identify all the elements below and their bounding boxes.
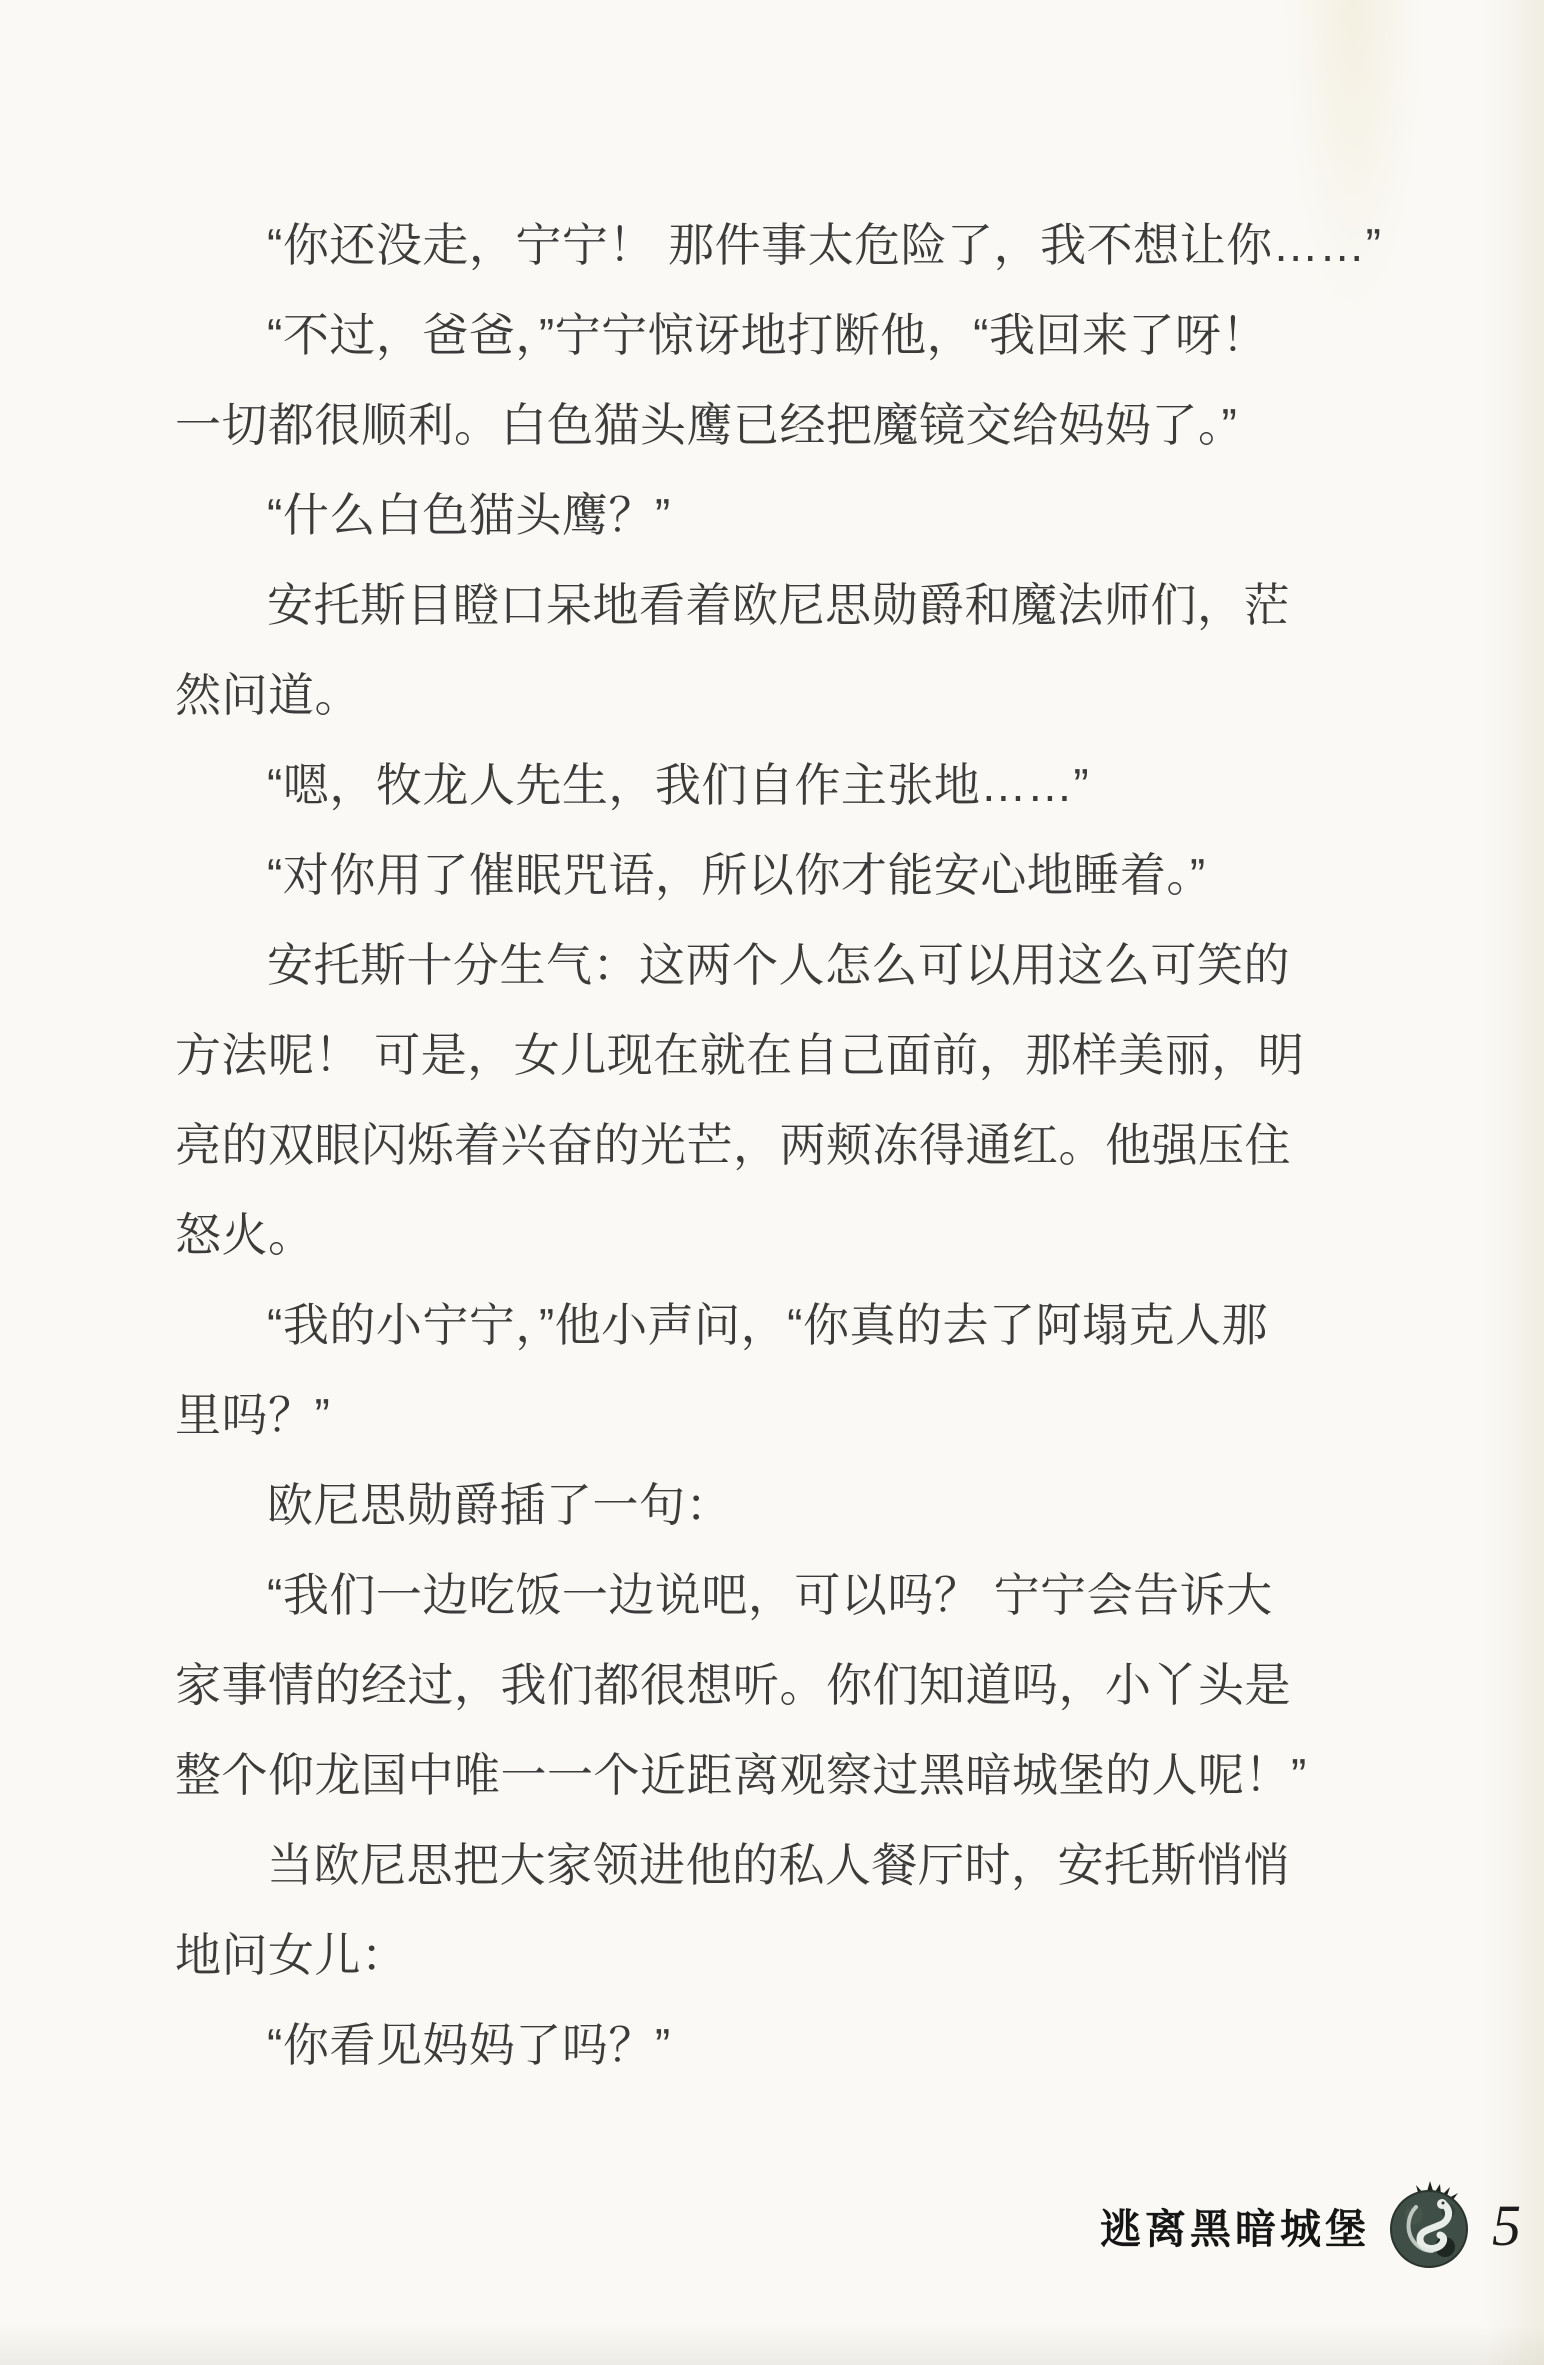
text-line: 地问女儿：: [175, 1910, 1453, 2000]
text-line: 里吗？”: [175, 1370, 1453, 1460]
page-number: 5: [1488, 2192, 1521, 2259]
dragon-emblem-icon: [1388, 2181, 1470, 2269]
text-line: 怒火。: [175, 1190, 1453, 1280]
text-line: 安托斯目瞪口呆地看着欧尼思勋爵和魔法师们，茫: [175, 560, 1453, 650]
text-line: “我的小宁宁，”他小声问，“你真的去了阿塌克人那: [175, 1280, 1453, 1370]
text-line: “什么白色猫头鹰？”: [175, 470, 1453, 560]
text-line: “你看见妈妈了吗？”: [175, 2000, 1453, 2090]
text-line: “我们一边吃饭一边说吧，可以吗？ 宁宁会告诉大: [175, 1550, 1453, 1640]
page-body-text: “你还没走，宁宁！ 那件事太危险了，我不想让你……” “不过，爸爸，”宁宁惊讶地…: [175, 200, 1453, 2090]
text-line: “嗯，牧龙人先生，我们自作主张地……”: [175, 740, 1453, 830]
text-line: 家事情的经过，我们都很想听。你们知道吗，小丫头是: [175, 1640, 1453, 1730]
text-line: 一切都很顺利。白色猫头鹰已经把魔镜交给妈妈了。”: [175, 380, 1453, 470]
text-line: 安托斯十分生气：这两个人怎么可以用这么可笑的: [175, 920, 1453, 1010]
book-title: 逃离黑暗城堡: [1100, 2196, 1370, 2255]
text-line: 整个仰龙国中唯一一个近距离观察过黑暗城堡的人呢！”: [175, 1730, 1453, 1820]
text-line: 欧尼思勋爵插了一句：: [175, 1460, 1453, 1550]
text-line: “不过，爸爸，”宁宁惊讶地打断他，“我回来了呀！: [175, 290, 1453, 380]
text-line: 当欧尼思把大家领进他的私人餐厅时，安托斯悄悄: [175, 1820, 1453, 1910]
scan-shading: [1484, 0, 1544, 2365]
text-line: “你还没走，宁宁！ 那件事太危险了，我不想让你……”: [175, 200, 1453, 290]
text-line: 亮的双眼闪烁着兴奋的光芒，两颊冻得通红。他强压住: [175, 1100, 1453, 1190]
text-line: 然问道。: [175, 650, 1453, 740]
scan-shading: [0, 2325, 1544, 2365]
page-footer: 逃离黑暗城堡 5: [1100, 2180, 1521, 2270]
text-line: 方法呢！ 可是，女儿现在就在自己面前，那样美丽，明: [175, 1010, 1453, 1100]
text-line: “对你用了催眠咒语，所以你才能安心地睡着。”: [175, 830, 1453, 920]
